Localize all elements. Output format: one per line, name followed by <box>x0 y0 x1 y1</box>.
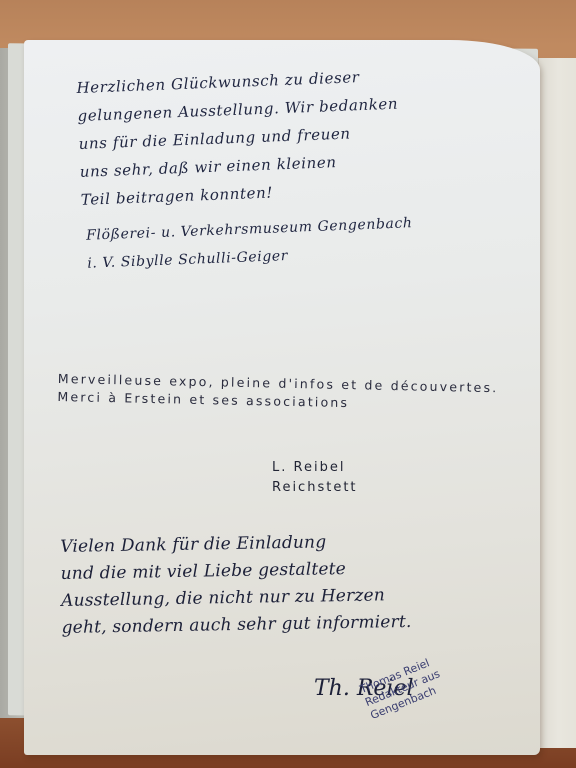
signature-annotation: Thomas Reiel Redakteur aus Gengenbach <box>358 654 447 723</box>
guestbook-page: Herzlichen Glückwunsch zu dieser gelunge… <box>24 40 540 755</box>
guestbook-signature-reibel: L. Reibel Reichstett <box>272 458 358 498</box>
entry-signature-place: Reichstett <box>272 478 358 498</box>
guestbook-entry-museum: Herzlichen Glückwunsch zu dieser gelunge… <box>76 61 414 278</box>
entry-signature-name: L. Reibel <box>272 458 358 478</box>
guestbook-entry-french: Merveilleuse expo, pleine d'infos et de … <box>57 370 498 415</box>
entry-line: geht, sondern auch sehr gut informiert. <box>61 609 411 642</box>
facing-page <box>538 58 576 748</box>
guestbook-entry-editor: Vielen Dank für die Einladung und die mi… <box>60 528 412 642</box>
